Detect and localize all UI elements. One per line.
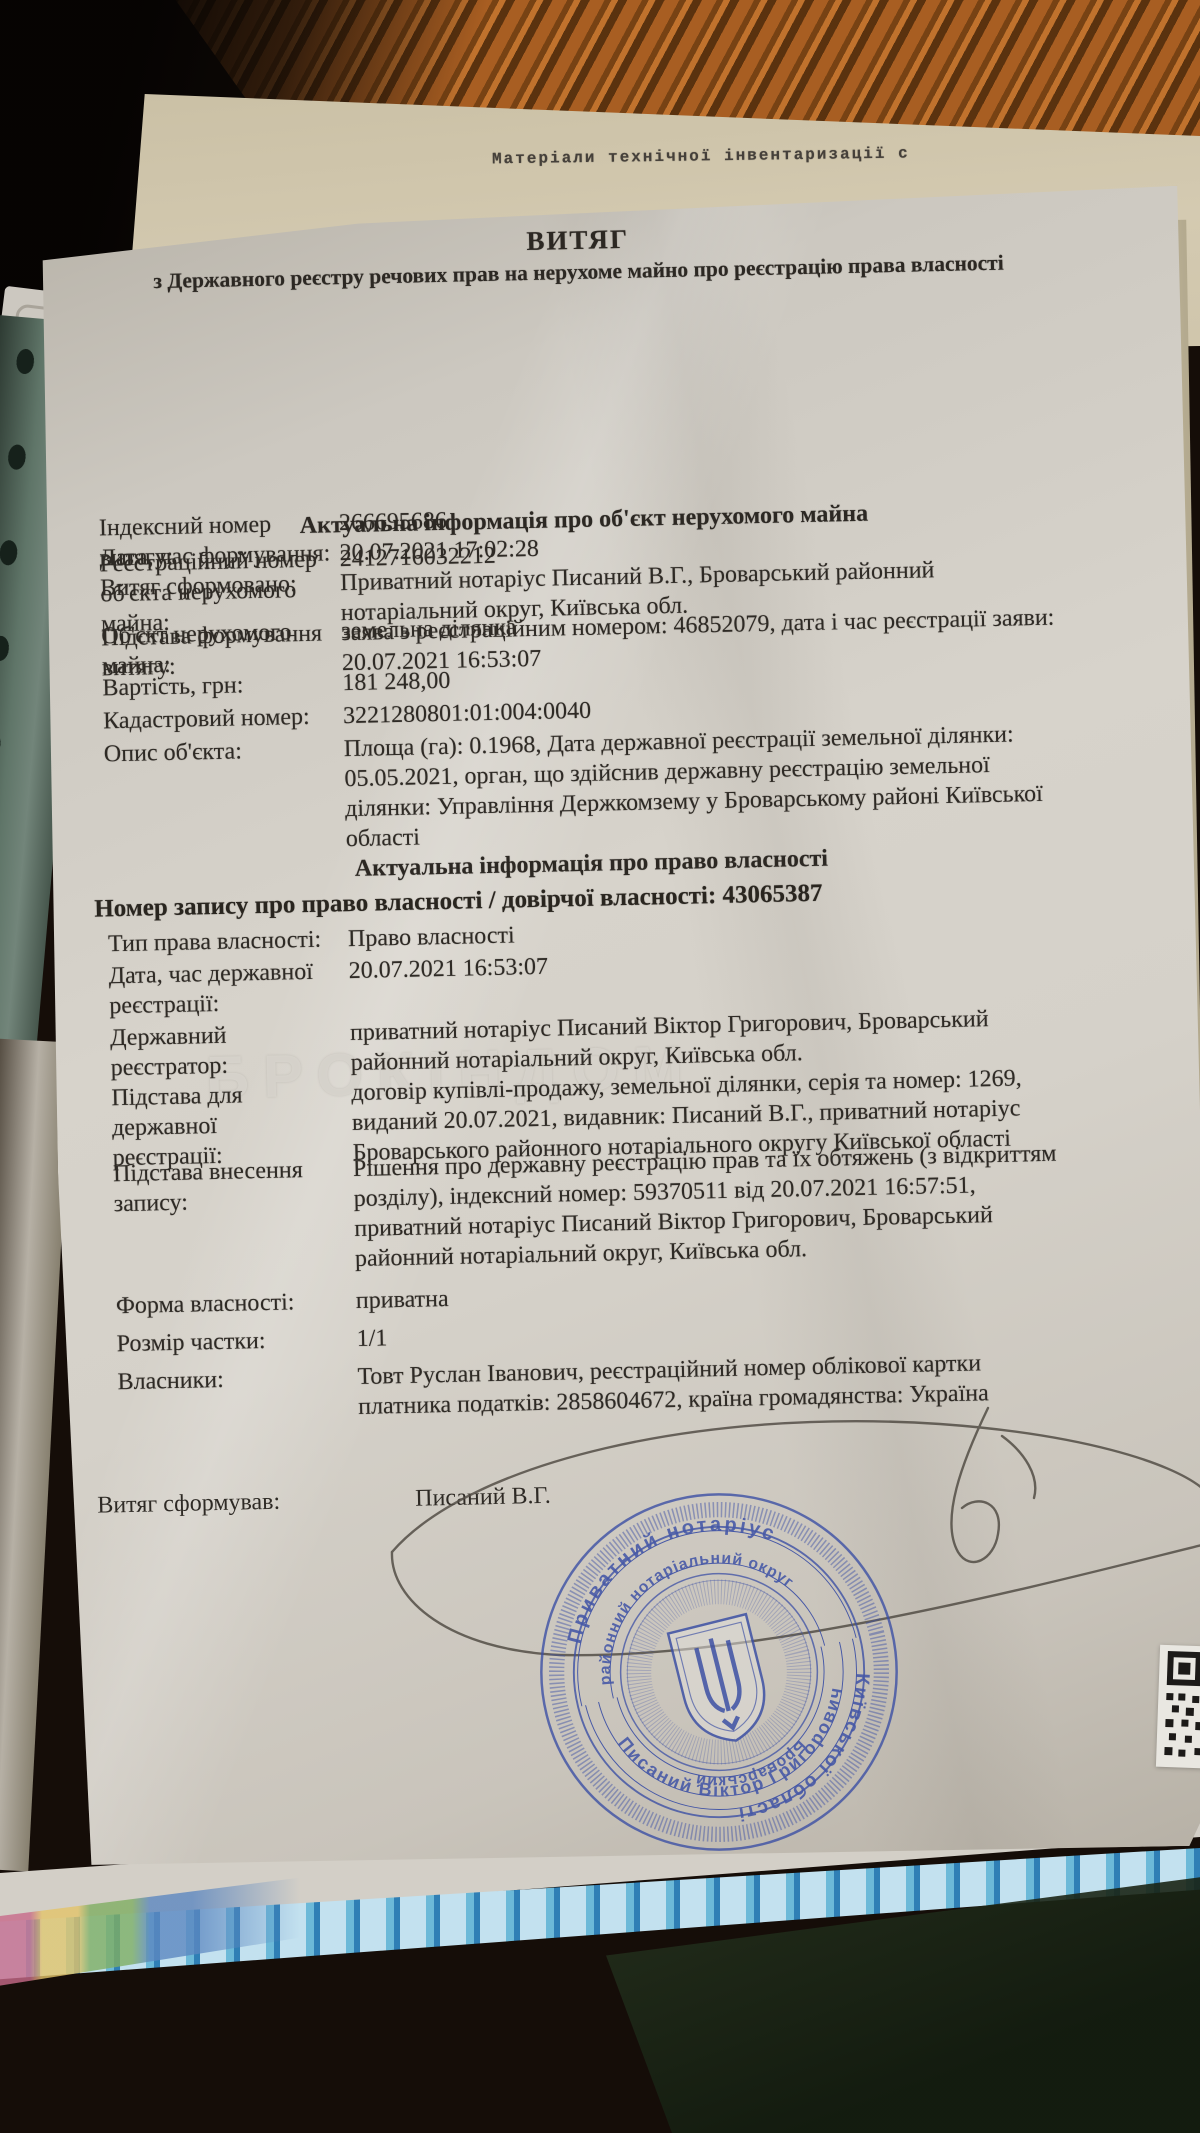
qr-code-icon [1156, 1645, 1200, 1770]
formed-by-label: Витяг сформував: [97, 1489, 280, 1519]
trident-shield [668, 1614, 775, 1750]
field-label: Кадастровий номер: [103, 701, 342, 736]
field-label: Вартість, грн: [102, 668, 341, 703]
notary-stamp-seal: Приватний нотаріус Київської області рай… [528, 1481, 910, 1863]
field-label: Тип права власності: [108, 924, 347, 959]
field-value: Рішення про державну реєстрацію прав та … [353, 1135, 1200, 1274]
field-label: Власники: [117, 1362, 356, 1397]
field-label: Опис об'єкта: [104, 734, 343, 769]
field-label: Розмір частки: [116, 1324, 355, 1359]
field-label: Дата, час державної реєстрації: [108, 956, 347, 1021]
field-label: Форма власності: [116, 1286, 355, 1321]
field-label: Підстава внесення запису: [113, 1154, 352, 1219]
qr-sticker [1156, 1645, 1200, 1770]
field-value: Площа (га): 0.1968, Дата державної реєст… [344, 715, 1200, 854]
field-label: Державний реєстратор: [110, 1018, 349, 1083]
notary-stamp: Приватний нотаріус Київської області рай… [528, 1481, 910, 1863]
